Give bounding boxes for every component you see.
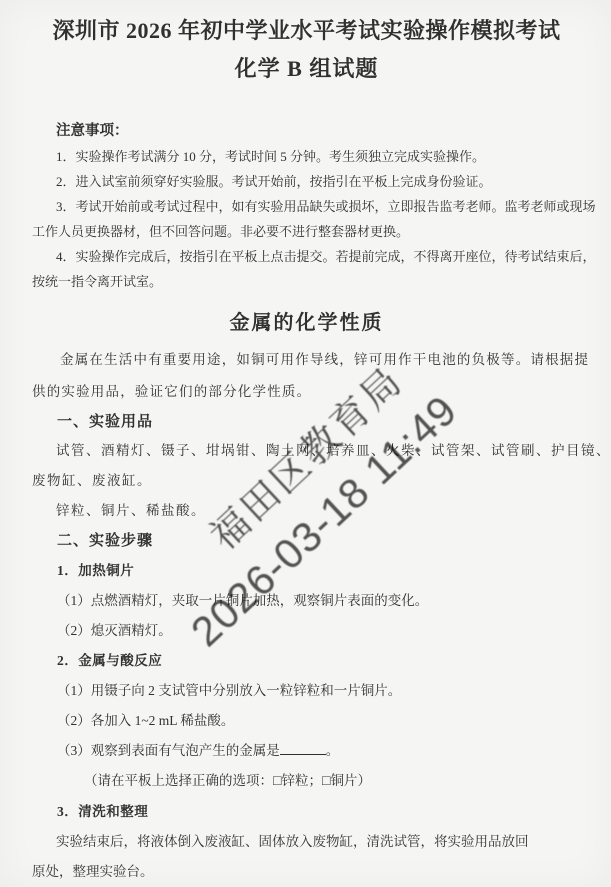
notice-item-4: 4．实验操作完成后，按指引在平板上点击提交。若提前完成，不得离开座位，待考试结束… (32, 244, 581, 269)
notice-item-2: 2．进入试室前须穿好实验服。考试开始前，按指引在平板上完成身份验证。 (32, 169, 581, 194)
notice-item-3: 3．考试开始前或考试过程中，如有实验用品缺失或损坏，立即报告监考老师。监考老师或… (32, 194, 581, 219)
fill-in-question-period: 。 (326, 743, 340, 758)
intro-line-1: 金属在生活中有重要用途，如铜可用作导线，锌可用作干电池的负极等。请根据提 (32, 344, 581, 376)
cleanup-paragraph-line-1: 实验结束后，将液体倒入废液缸、固体放入废物缸，清洗试管，将实验用品放回 (32, 827, 581, 857)
step-1-substep-2: （2）熄灭酒精灯。 (57, 616, 581, 646)
step-1-title: 1．加热铜片 (57, 556, 581, 586)
exam-paper-page: 福田区教育局 2026-03-18 11:49 深圳市 2026 年初中学业水平… (0, 0, 611, 887)
notice-item-4-continued: 按统一指令离开试室。 (32, 269, 581, 294)
step-2-title: 2．金属与酸反应 (57, 646, 581, 676)
steps-heading: 二、实验步骤 (57, 526, 581, 556)
supplies-chemicals-line: 锌粒、铜片、稀盐酸。 (32, 496, 581, 526)
choice-option-zinc: 锌粒 (281, 773, 308, 788)
answer-blank (280, 740, 326, 755)
step-2-substep-3: （3）观察到表面有气泡产生的金属是。 (57, 736, 581, 766)
cleanup-paragraph-line-2: 原处，整理实验台。 (32, 857, 581, 887)
step-2-substep-1: （1）用镊子向 2 支试管中分别放入一粒锌粒和一片铜片。 (57, 676, 581, 706)
step-2-substep-2: （2）各加入 1~2 mL 稀盐酸。 (57, 706, 581, 736)
page-title-line1: 深圳市 2026 年初中学业水平考试实验操作模拟考试 (32, 14, 581, 48)
choice-prefix-text: （请在平板上选择正确的选项： (84, 773, 273, 788)
document-content: 深圳市 2026 年初中学业水平考试实验操作模拟考试 化学 B 组试题 注意事项… (0, 14, 611, 887)
supplies-heading: 一、实验用品 (57, 408, 581, 436)
step-3-title: 3．清洗和整理 (57, 797, 581, 827)
step-1-substep-1: （1）点燃酒精灯，夹取一片铜片加热，观察铜片表面的变化。 (57, 586, 581, 616)
choice-instruction-line: （请在平板上选择正确的选项：□锌粒；□铜片） (84, 766, 581, 797)
intro-paragraph: 金属在生活中有重要用途，如铜可用作导线，锌可用作干电池的负极等。请根据提 供的实… (32, 344, 581, 408)
experiment-title: 金属的化学性质 (32, 308, 581, 338)
choice-option-copper: 铜片 (330, 773, 357, 788)
choice-suffix-text: ） (357, 773, 371, 788)
notice-item-3-continued: 工作人员更换器材，但不回答问题。非必要不进行整套器材更换。 (32, 219, 581, 244)
page-title-line2: 化学 B 组试题 (32, 50, 581, 88)
supplies-equipment-line-1: 试管、酒精灯、镊子、坩埚钳、陶土网、培养皿、火柴、试管架、试管刷、护目镜、 (32, 436, 581, 466)
choice-separator: ； (308, 773, 322, 788)
intro-line-2: 供的实验用品，验证它们的部分化学性质。 (32, 376, 581, 408)
supplies-equipment-line-2: 废物缸、废液缸。 (32, 466, 581, 496)
notice-section: 注意事项： 1．实验操作考试满分 10 分，考试时间 5 分钟。考生须独立完成实… (32, 118, 581, 294)
notice-item-1: 1．实验操作考试满分 10 分，考试时间 5 分钟。考生须独立完成实验操作。 (32, 144, 581, 169)
notice-heading: 注意事项： (32, 118, 581, 144)
fill-in-question-text: （3）观察到表面有气泡产生的金属是 (57, 743, 280, 758)
